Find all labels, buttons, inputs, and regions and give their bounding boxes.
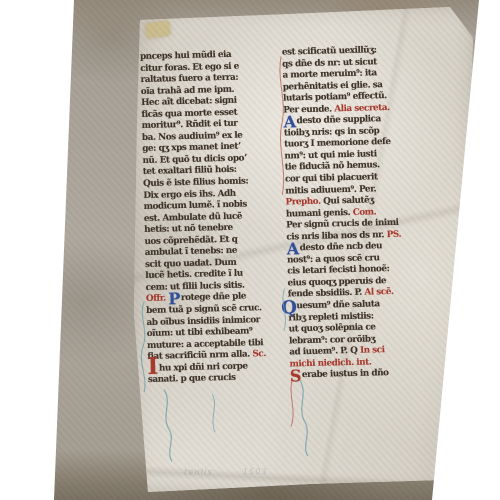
rubric-text: Sc.: [252, 349, 266, 359]
ink-text: ambulat ĩ tenebs: ne: [145, 246, 237, 258]
ink-text: ribʒ repleti mistiis:: [288, 311, 373, 323]
ink-text: tuorʒ I memorione defe: [284, 137, 391, 150]
ink-text: cis nris liba nos ds nr.: [286, 230, 386, 242]
ink-text: moritur⁹. Rñdit ei tur: [142, 119, 238, 131]
ink-text: est scificatũ uexillũʒ:: [282, 45, 377, 57]
ink-text: lebram⁹: cor orõibʒ: [289, 334, 375, 346]
ink-text: erabe iustus in dño: [302, 368, 389, 380]
flourish-red-right-descender: [290, 380, 293, 426]
ink-text: tioibʒ nris: qs in scõp: [284, 126, 380, 138]
ink-text: cor qui tibi placuerit: [285, 172, 378, 184]
ink-text: uos cõprehẽdãt. Et q: [144, 234, 237, 246]
ink-text: raltatus fuero a terra:: [140, 73, 238, 85]
ink-text: ge: qʒ xps manet inetʼ: [142, 142, 241, 154]
ink-text: nost⁹: a quos scẽ cru: [287, 253, 380, 265]
ink-text: hetis: ut nõ tenebre: [144, 223, 233, 235]
ink-text: a morte meruim⁹: ita: [282, 68, 376, 80]
rubric-text: Prepho.: [286, 197, 324, 208]
ink-text: lucẽ hetis. credite ĩ lu: [145, 269, 243, 281]
ink-text: Dix ergo eis ihs. Adh: [143, 188, 235, 200]
ink-text: bem tuã p signũ scẽ cruc.: [146, 303, 262, 316]
ink-text: est. Ambulate dũ lucẽ: [144, 211, 242, 223]
rubric-text: PS.: [387, 229, 402, 239]
ink-text: ficãs qua morte esset: [141, 107, 237, 119]
flourish-teal-left-descender: [164, 389, 172, 461]
ink-text: perhẽnitatis ei glie. sa: [283, 80, 383, 92]
rubric-text: Alia secreta.: [334, 103, 390, 114]
manuscript-line: Serabe iustus in dño: [290, 367, 432, 382]
ink-text: ut quoʒ solẽpnia ce: [289, 323, 376, 335]
rubric-text: Al scẽ.: [364, 287, 393, 298]
ink-text: modicum lumẽ. ĩ nobis: [144, 200, 247, 213]
ink-text: oĩum: ut tibi exhibeam⁹: [147, 327, 253, 340]
flourish-teal-left-margin: [140, 302, 146, 392]
text-column-left: pnceps hui mũdi eiacitur foras. Et ego s…: [140, 49, 290, 387]
ink-text: tet exaltari filiũ hois:: [143, 165, 237, 177]
flourish-teal-left-descender-2: [212, 394, 215, 432]
text-column-right: est scificatũ uexillũʒ:qs dñe ds nr: ut …: [282, 44, 432, 382]
rubric-text: In sci: [360, 345, 385, 356]
ink-text: oĩa trahã ad me ipm.: [141, 84, 234, 96]
ink-text: tie fiduciã nõ hemus.: [285, 161, 380, 173]
manuscript-leaf: pnceps hui mũdi eiacitur foras. Et ego s…: [130, 4, 476, 494]
rubric-text: Com.: [353, 207, 377, 218]
manuscript-text-block: pnceps hui mũdi eiacitur foras. Et ego s…: [129, 0, 487, 494]
stone-surface: pnceps hui mũdi eiacitur foras. Et ego s…: [52, 0, 482, 500]
ink-text: hu xpi dñi nri corpe: [159, 361, 248, 373]
ink-text: rotege dñe ple: [181, 292, 246, 304]
rubric-text: Offr.: [146, 294, 169, 305]
ink-text: scit quo uadat. Dum: [145, 258, 236, 270]
ink-text: Hec aĩt dicebat: signi: [141, 96, 237, 108]
pencil-inscription-right: 1503: [243, 467, 268, 476]
ink-text: humani genis.: [286, 208, 353, 220]
manuscript-line: sanati. p que crucis: [148, 372, 290, 387]
flourish-teal-right-descender: [300, 380, 308, 456]
ink-text: Quis ẽ iste filius homis:: [143, 176, 248, 189]
ink-text: desto dñe ncb deu: [300, 241, 383, 253]
ink-text: pnceps hui mũdi eia: [140, 50, 231, 62]
ink-text: Qui salutẽʒ: [323, 195, 374, 206]
illuminated-initial: S: [290, 367, 302, 386]
ink-text: lutaris potiam⁹ effectũ.: [283, 91, 387, 104]
ink-text: mitis adiuuem⁹. Per.: [285, 184, 376, 196]
ink-text: qs dñe ds nr: ut sicut: [282, 57, 377, 69]
ink-text: cis letari fecisti honoẽ:: [287, 264, 389, 276]
ink-text: desto dñe supplica: [296, 114, 380, 126]
ink-text: fiat sacrificiũ nrm alla.: [147, 350, 252, 363]
rubric-text: michi niedich. int.: [289, 357, 371, 369]
ink-text: sanati. p que crucis: [148, 373, 236, 385]
ink-text: fende sbsidiis. P.: [288, 288, 365, 300]
ink-text: uesum⁹ dñe saluta: [296, 299, 380, 311]
ink-text: Per signũ crucis de inimi: [286, 218, 399, 231]
pencil-inscription-left: tenlis: [184, 468, 213, 477]
ink-text: citur foras. Et ego si e: [140, 61, 239, 73]
pencil-inscription: tenlis 1503: [184, 466, 364, 477]
ink-text: ad iuuem⁹. P. Q: [289, 346, 360, 358]
